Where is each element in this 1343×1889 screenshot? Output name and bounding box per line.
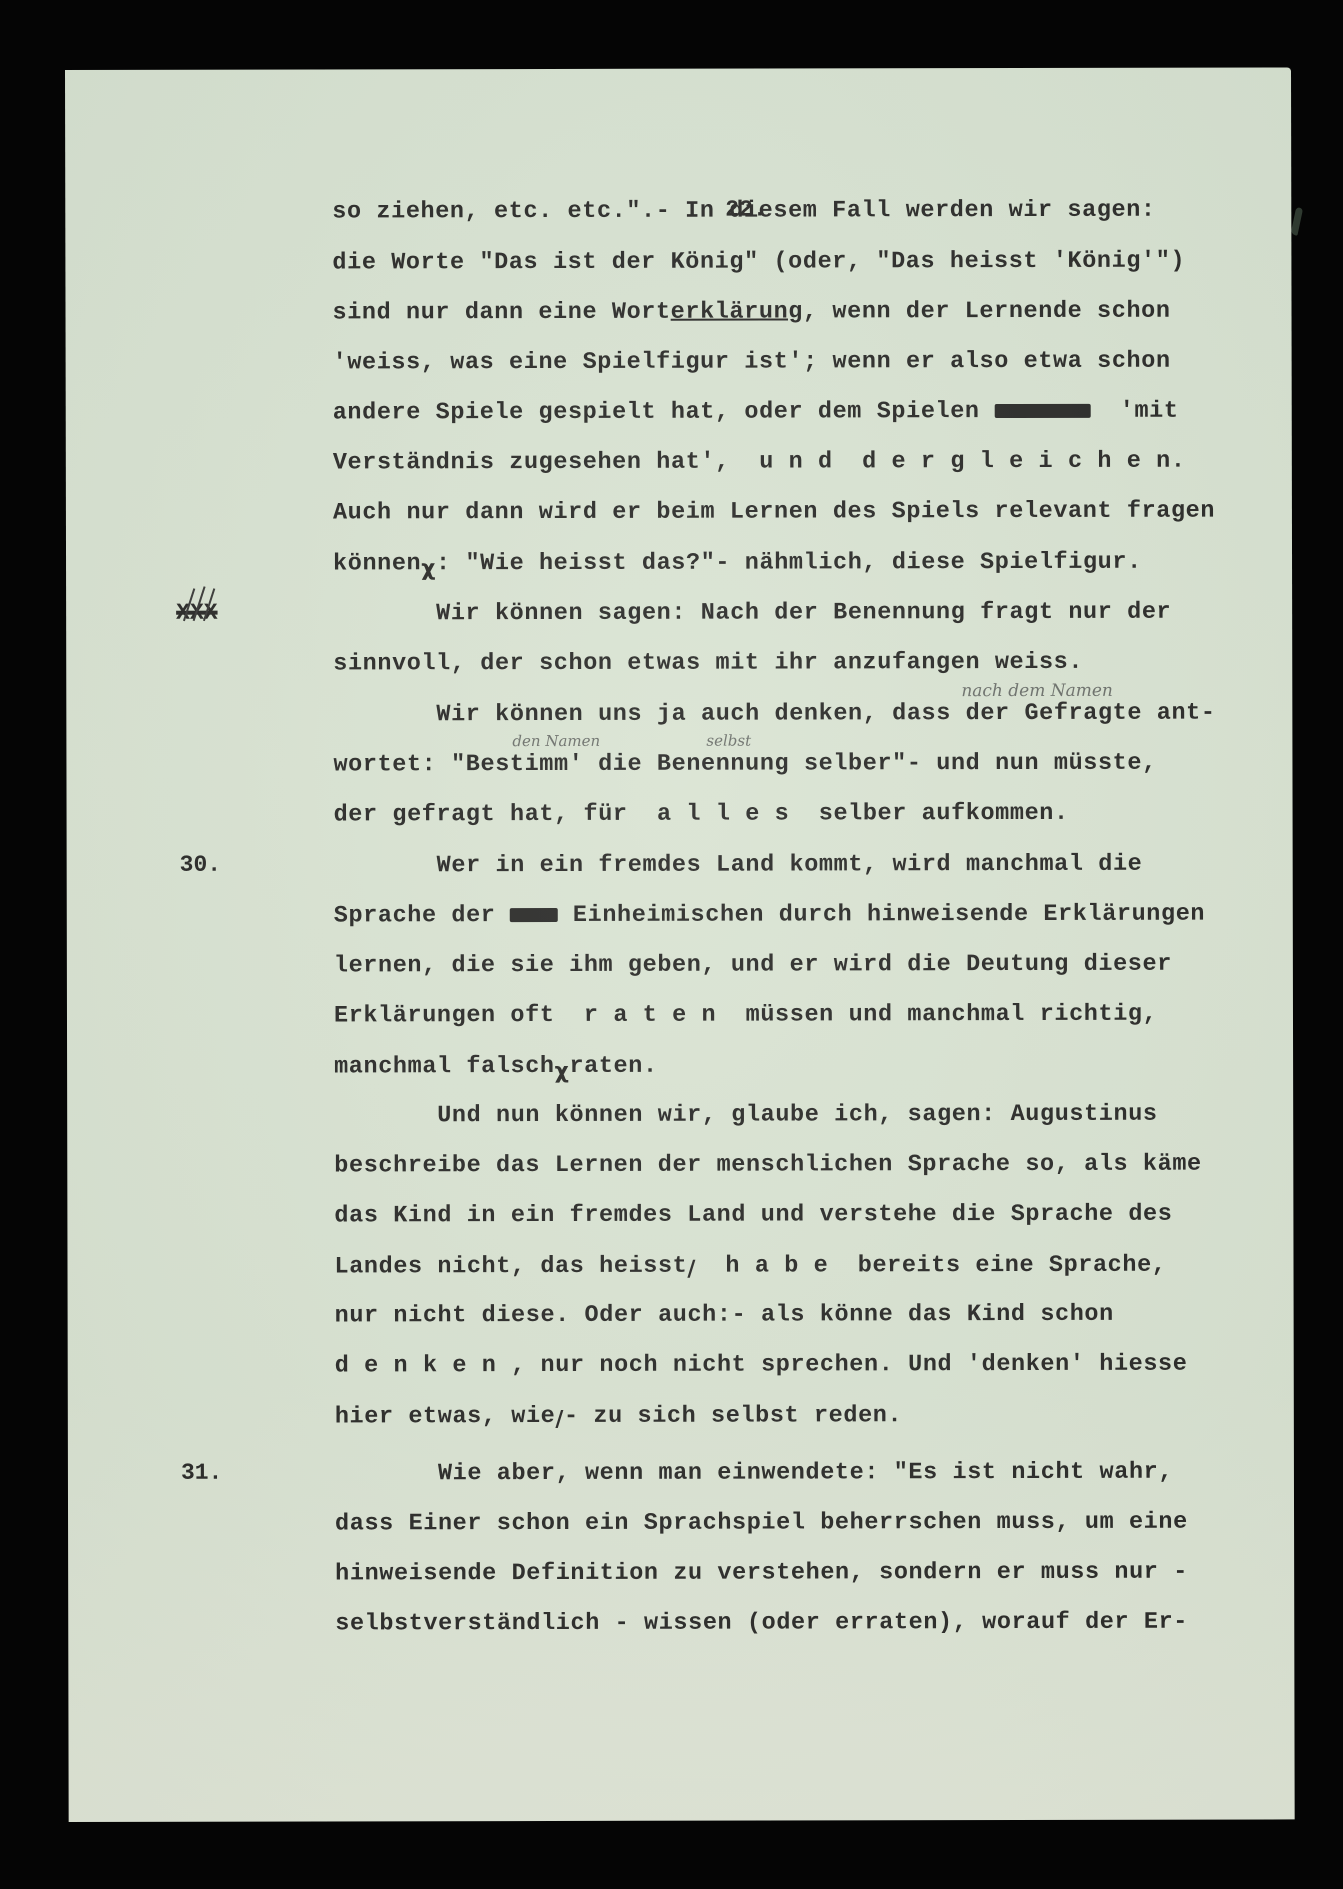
underlined-correction: erklärung [671,298,803,325]
text-line: Verständnis zugesehen hat', u n d d e r … [333,447,1186,479]
section-number-31: 31. [181,1460,222,1486]
text-line: Wir können sagen: Nach der Benennung fra… [436,598,1171,630]
text-line: Landes nicht, das heisst/ h a b e bereit… [334,1250,1166,1283]
text-line: hier etwas, wie/- zu sich selbst reden. [335,1400,902,1432]
text-line: Wie aber, wenn man einwendete: "Es ist n… [438,1458,1173,1490]
text-line: Wer in ein fremdes Land kommt, wird manc… [437,850,1143,881]
text-line: beschreibe das Lernen der menschlichen S… [334,1150,1201,1182]
text-line: lernen, die sie ihm geben, und er wird d… [334,950,1172,982]
text-line: so ziehen, etc. etc.".- In diesem Fall w… [332,196,1155,228]
text-line: wortet: "Bestimm' die Benennung selber"-… [333,749,1156,781]
text-line: Sprache der Einheimischen durch hinweise… [334,900,1205,932]
text-line: könnenχ: "Wie heisst das?"- nähmlich, di… [333,547,1142,580]
text-line: d e n k e n , nur noch nicht sprechen. U… [335,1350,1188,1382]
handwritten-annotation: selbst [706,732,751,750]
insertion-mark-icon: / [555,1407,564,1432]
text-line: dass Einer schon ein Sprachspiel beherrs… [335,1508,1188,1540]
struck-out-word [994,404,1090,418]
text-line: nur nicht diese. Oder auch:- als könne d… [335,1300,1114,1332]
typescript-page: 22. XXX 30. 31. so ziehen, etc. etc.".- … [65,67,1295,1822]
text-line: die Worte "Das ist der König" (oder, "Da… [332,247,1185,279]
insertion-mark-icon: χ [555,1059,570,1084]
text-line: andere Spiele gespielt hat, oder dem Spi… [333,397,1179,429]
text-line: das Kind in ein fremdes Land und versteh… [334,1200,1172,1232]
ink-mark-icon [1291,207,1304,236]
text-line: manchmal falschχraten. [334,1051,658,1083]
struck-out-word [510,908,558,922]
section-number-30: 30. [180,852,221,878]
text-line: sind nur dann eine Worterklärung, wenn d… [332,297,1170,329]
text-line: Auch nur dann wird er beim Lernen des Sp… [333,497,1215,529]
insertion-mark-icon: χ [421,556,436,581]
insertion-mark-icon: / [687,1257,696,1282]
text-line: der gefragt hat, für a l l e s selber au… [334,799,1069,831]
text-line: 'weiss, was eine Spielfigur ist'; wenn e… [333,347,1171,379]
text-line: Wir können uns ja auch denken, dass der … [436,699,1215,731]
text-line: Erklärungen oft r a t e n müssen und man… [334,1000,1157,1032]
text-line: sinnvoll, der schon etwas mit ihr anzufa… [333,648,1083,680]
text-line: hinweisende Definition zu verstehen, son… [335,1558,1188,1590]
text-line: selbstverständlich - wissen (oder errate… [335,1608,1188,1640]
text-line: Und nun können wir, glaube ich, sagen: A… [437,1100,1157,1132]
handwritten-annotation: den Namen [512,732,600,750]
